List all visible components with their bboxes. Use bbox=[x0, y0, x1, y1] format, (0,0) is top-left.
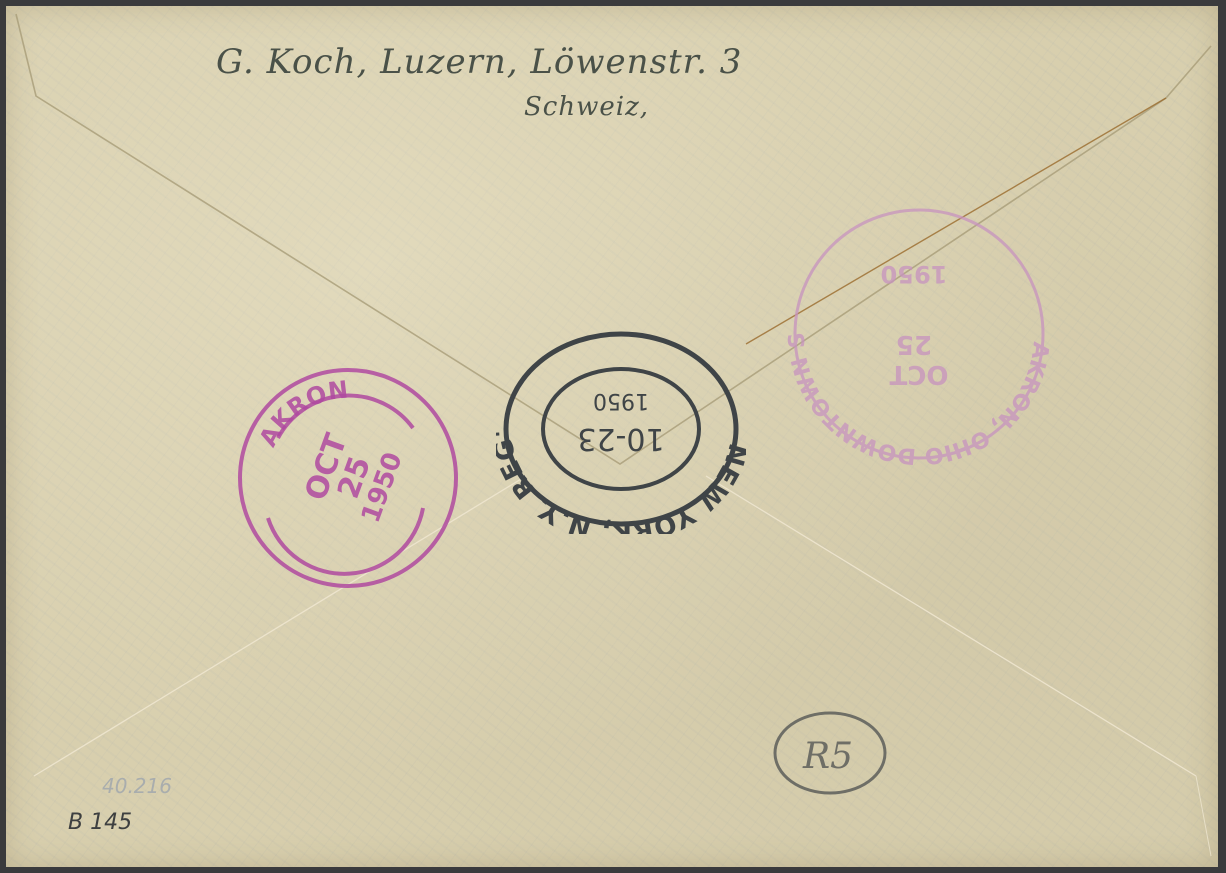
catalog-code-note: B 145 bbox=[68, 810, 132, 835]
akron-downtown-postmark: AKRON, OHIO DOWNTOWN STA. OCT 25 1950 bbox=[784, 202, 1054, 467]
circled-mark-text: R5 bbox=[802, 736, 853, 777]
sender-address-line2: Schweiz, bbox=[524, 92, 649, 122]
faint-pencil-note: 40.216 bbox=[102, 774, 172, 798]
akron-downtown-month: OCT bbox=[889, 359, 948, 389]
akron-downtown-day: 25 bbox=[896, 329, 932, 359]
envelope-back: G. Koch, Luzern, Löwenstr. 3 Schweiz, AK… bbox=[6, 6, 1218, 867]
akron-postmark: AKRON OCT 25 1950 bbox=[228, 358, 468, 598]
circled-pencil-mark: R5 bbox=[770, 706, 896, 802]
ny-postmark-date: 10-23 bbox=[577, 421, 664, 456]
sender-address-line1: G. Koch, Luzern, Löwenstr. 3 bbox=[216, 42, 742, 82]
akron-downtown-year: 1950 bbox=[881, 260, 948, 288]
ny-postmark-year: 1950 bbox=[593, 388, 649, 413]
new-york-registry-postmark: NEW YORK, N.Y. REG'Y. DIV. 10-23 1950 bbox=[496, 324, 746, 534]
